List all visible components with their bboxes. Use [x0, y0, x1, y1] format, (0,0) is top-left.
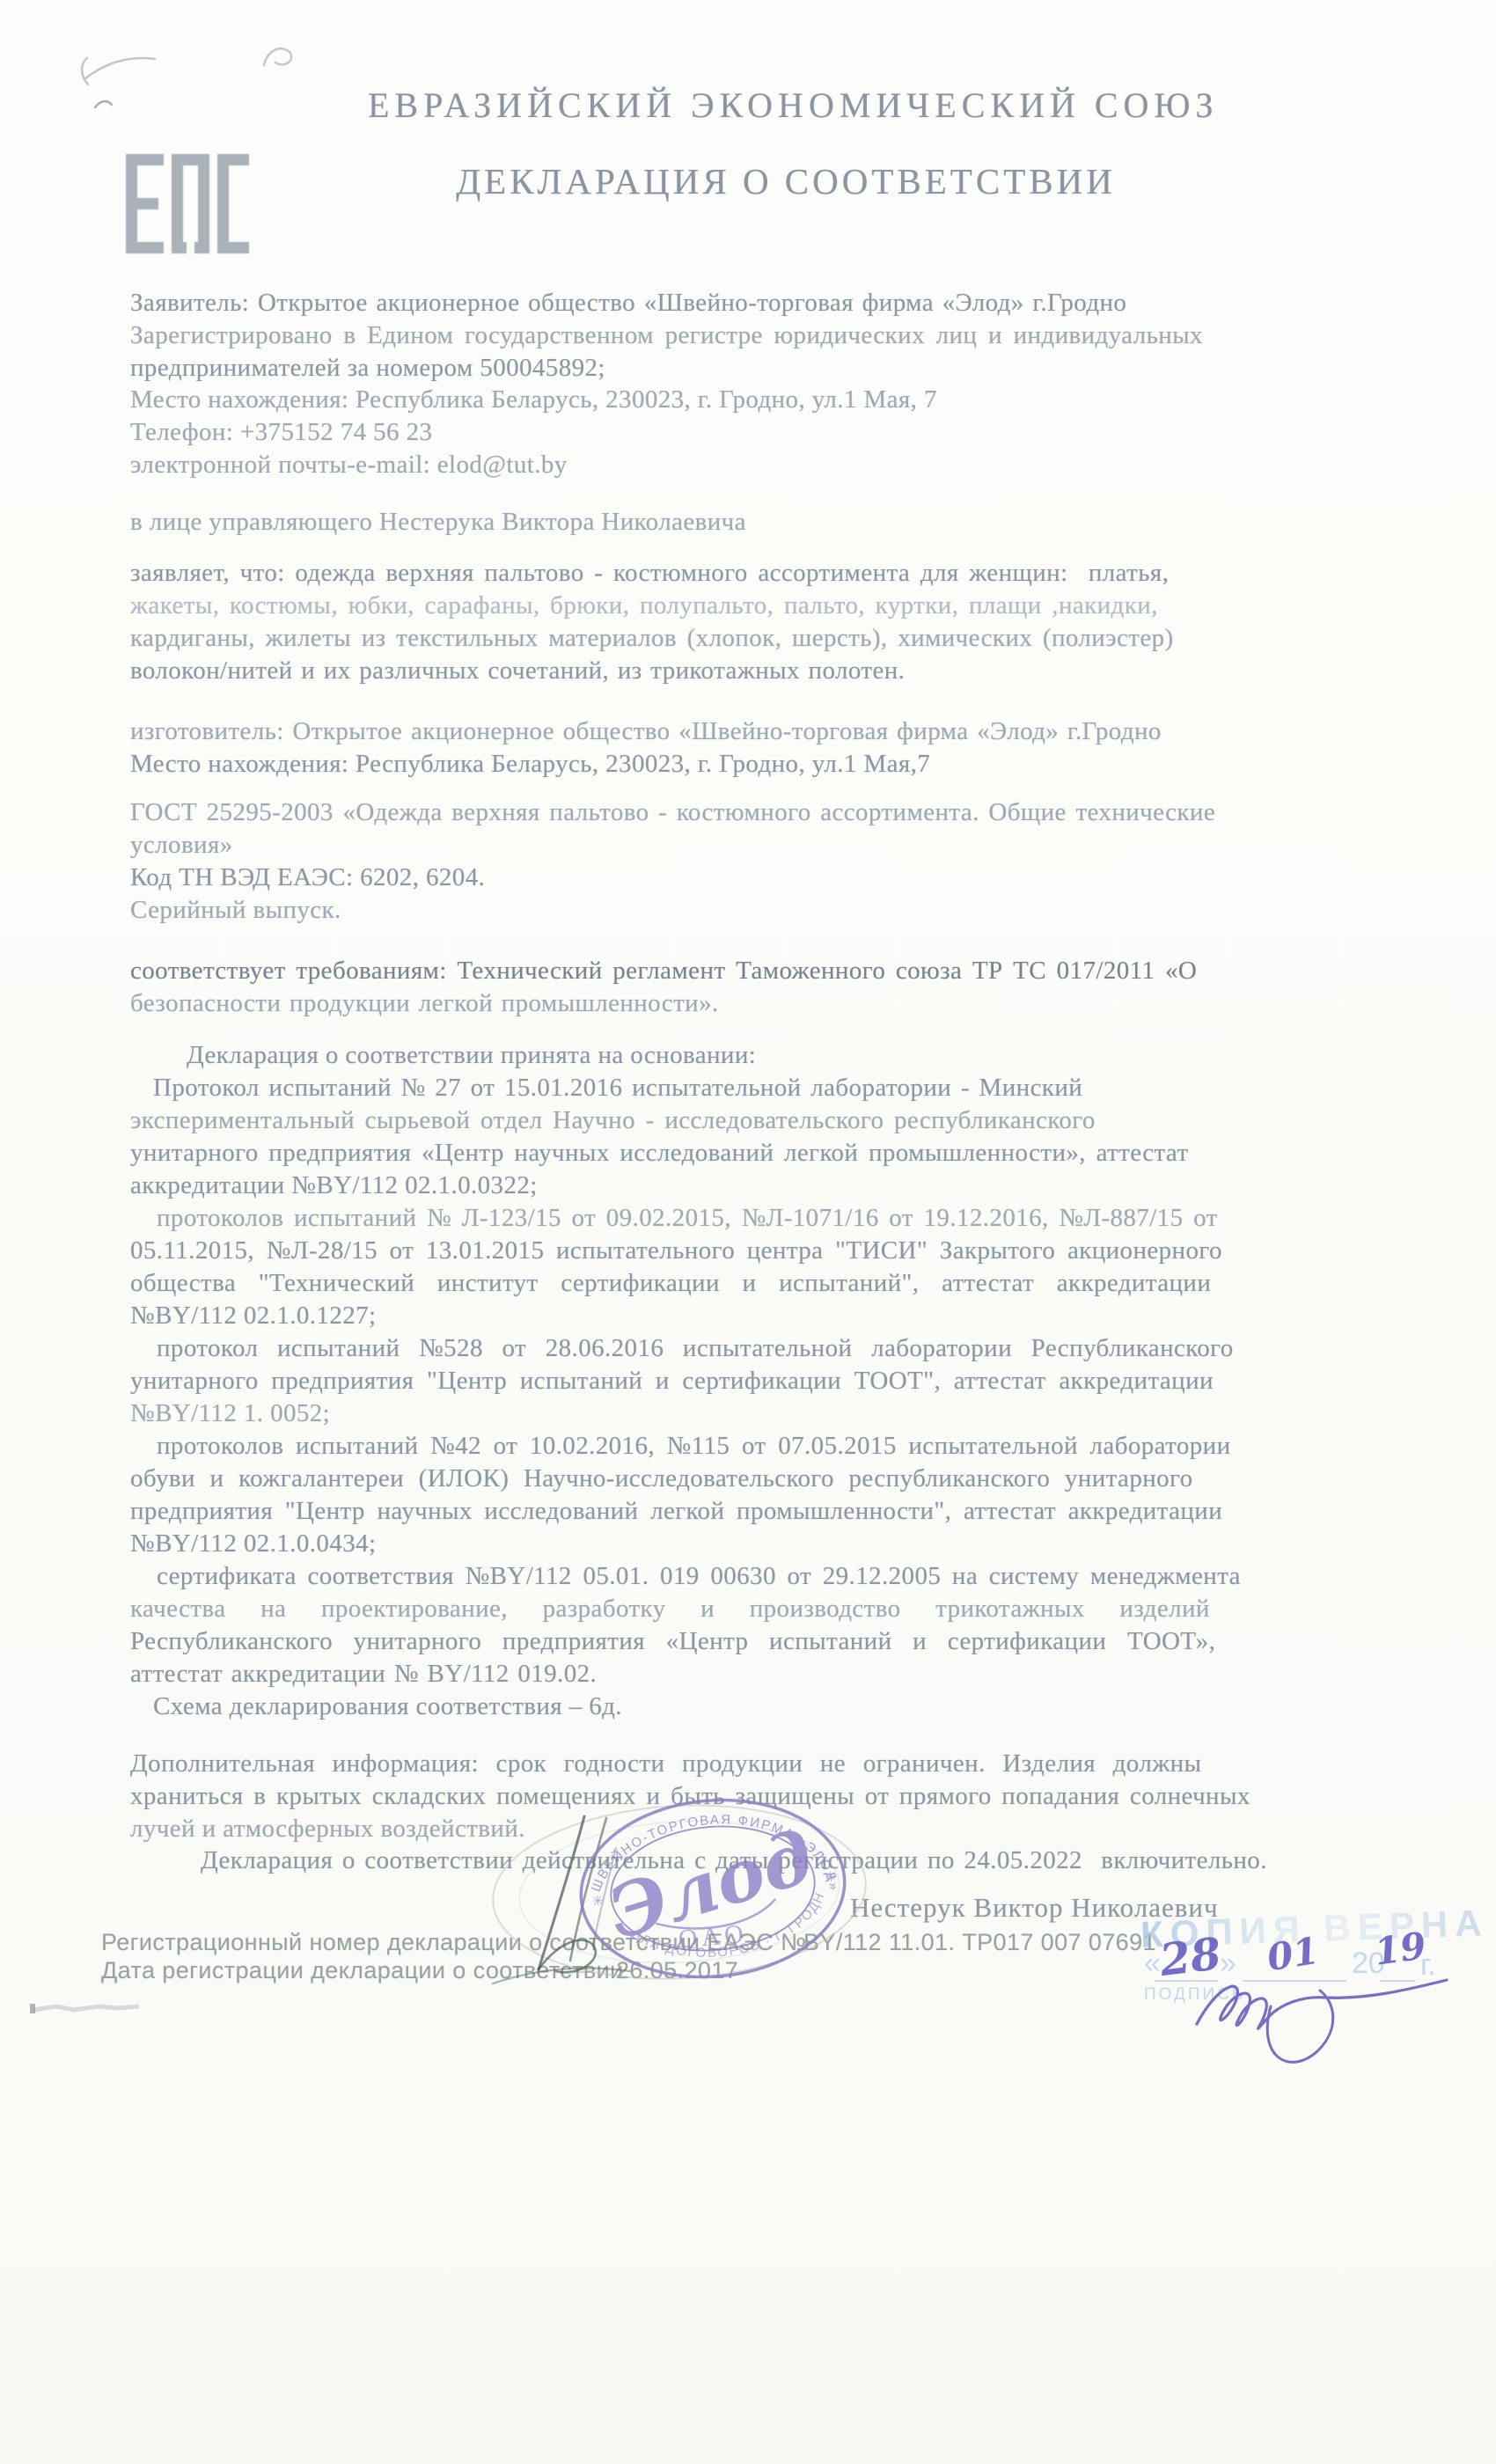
document-line: лучей и атмосферных воздействий.	[130, 1815, 525, 1844]
document-line: №BY/112 02.1.0.0434;	[130, 1529, 377, 1558]
document-line: Декларация о соответствии принята на осн…	[187, 1041, 756, 1070]
handwritten-day: 28	[1157, 1927, 1224, 1986]
document-line: кардиганы, жилеты из текстильных материа…	[130, 624, 1174, 653]
stamp-month-underline	[1243, 1980, 1346, 1982]
handwritten-year: 19	[1372, 1924, 1429, 1974]
document-line: заявляет, что: одежда верхняя пальтово -…	[130, 559, 1169, 588]
document-line: экспериментальный сырьевой отдел Научно …	[130, 1106, 1096, 1135]
handwritten-month: 01	[1265, 1929, 1322, 1980]
registration-date-label: Дата регистрации декларации о соответств…	[101, 1957, 624, 1984]
stamp-signature-label: ПОДПИСЬ	[1144, 1985, 1245, 2005]
document-line: Место нахождения: Республика Беларусь, 2…	[130, 385, 937, 414]
document-line: условия»	[130, 831, 233, 860]
document-line: ГОСТ 25295-2003 «Одежда верхняя пальтово…	[130, 798, 1215, 827]
registration-number-label: Регистрационный номер декларации о соотв…	[101, 1929, 807, 1956]
document-line: сертификата соответствия №BY/112 05.01. …	[157, 1562, 1241, 1591]
document-line: №BY/112 1. 0052;	[130, 1399, 330, 1428]
registration-date-separator: –	[574, 1957, 587, 1984]
document-line: унитарного предприятия "Центр испытаний …	[130, 1367, 1214, 1396]
document-line: предприятия "Центр научных исследований …	[130, 1497, 1222, 1526]
document-line: обуви и кожгалантереи (ИЛОК) Научно-иссл…	[130, 1464, 1193, 1493]
document-line: №BY/112 02.1.0.1227;	[130, 1302, 377, 1331]
registration-number-value: BY/112 11.01. ТР017 007 07691	[803, 1929, 1156, 1956]
document-line: аттестат аккредитации № BY/112 019.02.	[130, 1660, 597, 1689]
document-line: волокон/нитей и их различных сочетаний, …	[130, 656, 905, 686]
scanned-declaration-page: ЕАС ЕВРАЗИЙСКИЙ ЭКОНОМИЧЕСКИЙ СОЮЗ ДЕКЛА…	[0, 0, 1496, 2464]
document-line: аккредитации №BY/112 02.1.0.0322;	[130, 1171, 538, 1200]
document-line: храниться в крытых складских помещениях …	[130, 1782, 1250, 1811]
document-line: Зарегистрировано в Едином государственно…	[130, 321, 1203, 350]
document-line: Дополнительная информация: срок годности…	[130, 1749, 1201, 1778]
document-line: протоколов испытаний №42 от 10.02.2016, …	[157, 1432, 1231, 1461]
document-line: общества "Технический институт сертифика…	[130, 1269, 1211, 1298]
document-line: Телефон: +375152 74 56 23	[130, 418, 432, 447]
document-line: соответствует требованиям: Технический р…	[130, 957, 1197, 986]
document-line: Заявитель: Открытое акционерное общество…	[130, 289, 1126, 318]
document-line: качества на проектирование, разработку и…	[130, 1595, 1210, 1624]
document-line: протоколов испытаний № Л-123/15 от 09.02…	[157, 1204, 1218, 1233]
document-line: протокол испытаний №528 от 28.06.2016 ис…	[157, 1334, 1234, 1363]
document-line: жакеты, костюмы, юбки, сарафаны, брюки, …	[130, 591, 1158, 620]
registration-date-value: 26.05.2017	[616, 1957, 738, 1984]
document-line: Код ТН ВЭД ЕАЭС: 6202, 6204.	[130, 863, 485, 892]
document-line: безопасности продукции легкой промышленн…	[130, 989, 719, 1018]
document-line: Серийный выпуск.	[130, 896, 341, 925]
document-line: электронной почты-e-mail: elod@tut.by	[130, 451, 568, 480]
document-line: Протокол испытаний № 27 от 15.01.2016 ис…	[153, 1074, 1082, 1103]
stamp-year-underline	[1380, 1980, 1415, 1982]
document-line: изготовитель: Открытое акционерное общес…	[130, 717, 1162, 746]
document-line: предпринимателей за номером 500045892;	[130, 354, 605, 383]
document-line: в лице управляющего Нестерука Виктора Ни…	[130, 508, 746, 537]
document-line: Место нахождения: Республика Беларусь, 2…	[130, 750, 930, 779]
document-line: Схема декларирования соответствия – 6д.	[153, 1692, 622, 1721]
document-line: 05.11.2015, №Л-28/15 от 13.01.2015 испыт…	[130, 1236, 1222, 1265]
document-line: Декларация о соответствии действительна …	[201, 1846, 1267, 1875]
document-line: Республиканского унитарного предприятия …	[130, 1627, 1215, 1656]
document-body: Заявитель: Открытое акционерное общество…	[0, 0, 1496, 2464]
document-line: унитарного предприятия «Центр научных ис…	[130, 1139, 1189, 1168]
